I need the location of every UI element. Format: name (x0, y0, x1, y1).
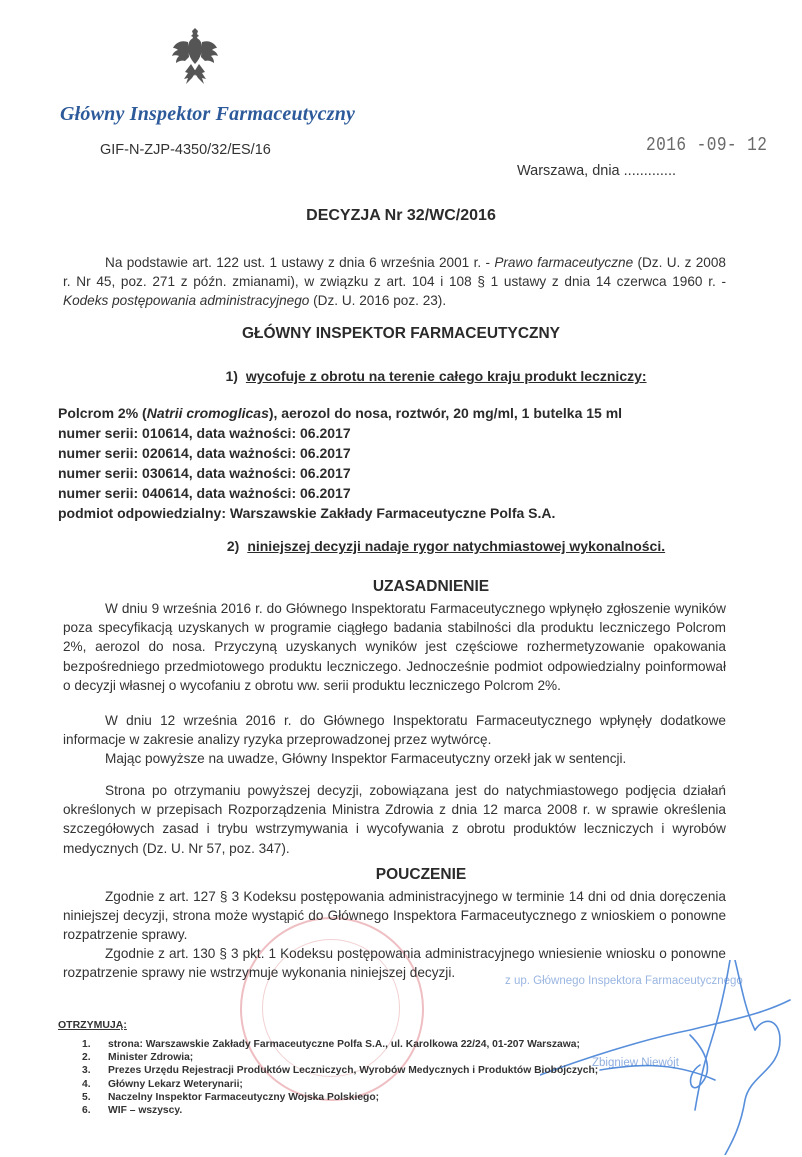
batch-line: numer serii: 040614, data ważności: 06.2… (58, 483, 622, 503)
recipient-item: 2.Minister Zdrowia; (82, 1051, 598, 1064)
decision-point-1: 1)wycofuje z obrotu na terenie całego kr… (35, 368, 802, 384)
recipient-item: 5.Naczelny Inspektor Farmaceutyczny Wojs… (82, 1091, 598, 1104)
product-details: Polcrom 2% (Natrii cromoglicas), aerozol… (58, 403, 622, 523)
batch-line: numer serii: 020614, data ważności: 06.2… (58, 443, 622, 463)
instruction-heading: POUCZENIE (20, 866, 802, 884)
justification-paragraph: Strona po otrzymaniu powyższej decyzji, … (63, 781, 726, 858)
recipients-list: 1.strona: Warszawskie Zakłady Farmaceuty… (82, 1038, 598, 1117)
justification-heading: UZASADNIENIE (30, 578, 802, 596)
decision-point-2: 2)niniejszej decyzji nadaje rygor natych… (45, 538, 802, 554)
decision-title: DECYZJA Nr 32/WC/2016 (0, 207, 802, 225)
legal-basis-paragraph: Na podstawie art. 122 ust. 1 ustawy z dn… (63, 253, 726, 311)
organization-title: Główny Inspektor Farmaceutyczny (60, 103, 355, 126)
recipient-item: 3.Prezes Urzędu Rejestracji Produktów Le… (82, 1064, 598, 1077)
justification-paragraph: W dniu 9 września 2016 r. do Głównego In… (63, 599, 726, 695)
instruction-paragraph: Zgodnie z art. 127 § 3 Kodeksu postępowa… (63, 887, 726, 945)
polish-eagle-emblem-icon (170, 26, 220, 90)
batch-line: numer serii: 010614, data ważności: 06.2… (58, 423, 622, 443)
recipients-heading: OTRZYMUJĄ: (58, 1019, 127, 1031)
date-stamp: 2016 -09- 12 (646, 134, 767, 156)
authority-heading: GŁÓWNY INSPEKTOR FARMACEUTYCZNY (0, 325, 802, 343)
reference-number: GIF-N-ZJP-4350/32/ES/16 (100, 142, 271, 158)
justification-paragraph: W dniu 12 września 2016 r. do Głównego I… (63, 711, 726, 749)
responsible-entity: podmiot odpowiedzialny: Warszawskie Zakł… (58, 503, 622, 523)
recipient-item: 6.WIF – wszyscy. (82, 1104, 598, 1117)
recipient-item: 1.strona: Warszawskie Zakłady Farmaceuty… (82, 1038, 598, 1051)
batch-line: numer serii: 030614, data ważności: 06.2… (58, 463, 622, 483)
recipient-item: 4.Główny Lekarz Weterynarii; (82, 1078, 598, 1091)
justification-paragraph: Mając powyższe na uwadze, Główny Inspekt… (63, 749, 726, 768)
product-name: Polcrom 2% (Natrii cromoglicas), aerozol… (58, 403, 622, 423)
place-date-line: Warszawa, dnia ............. (517, 163, 676, 179)
